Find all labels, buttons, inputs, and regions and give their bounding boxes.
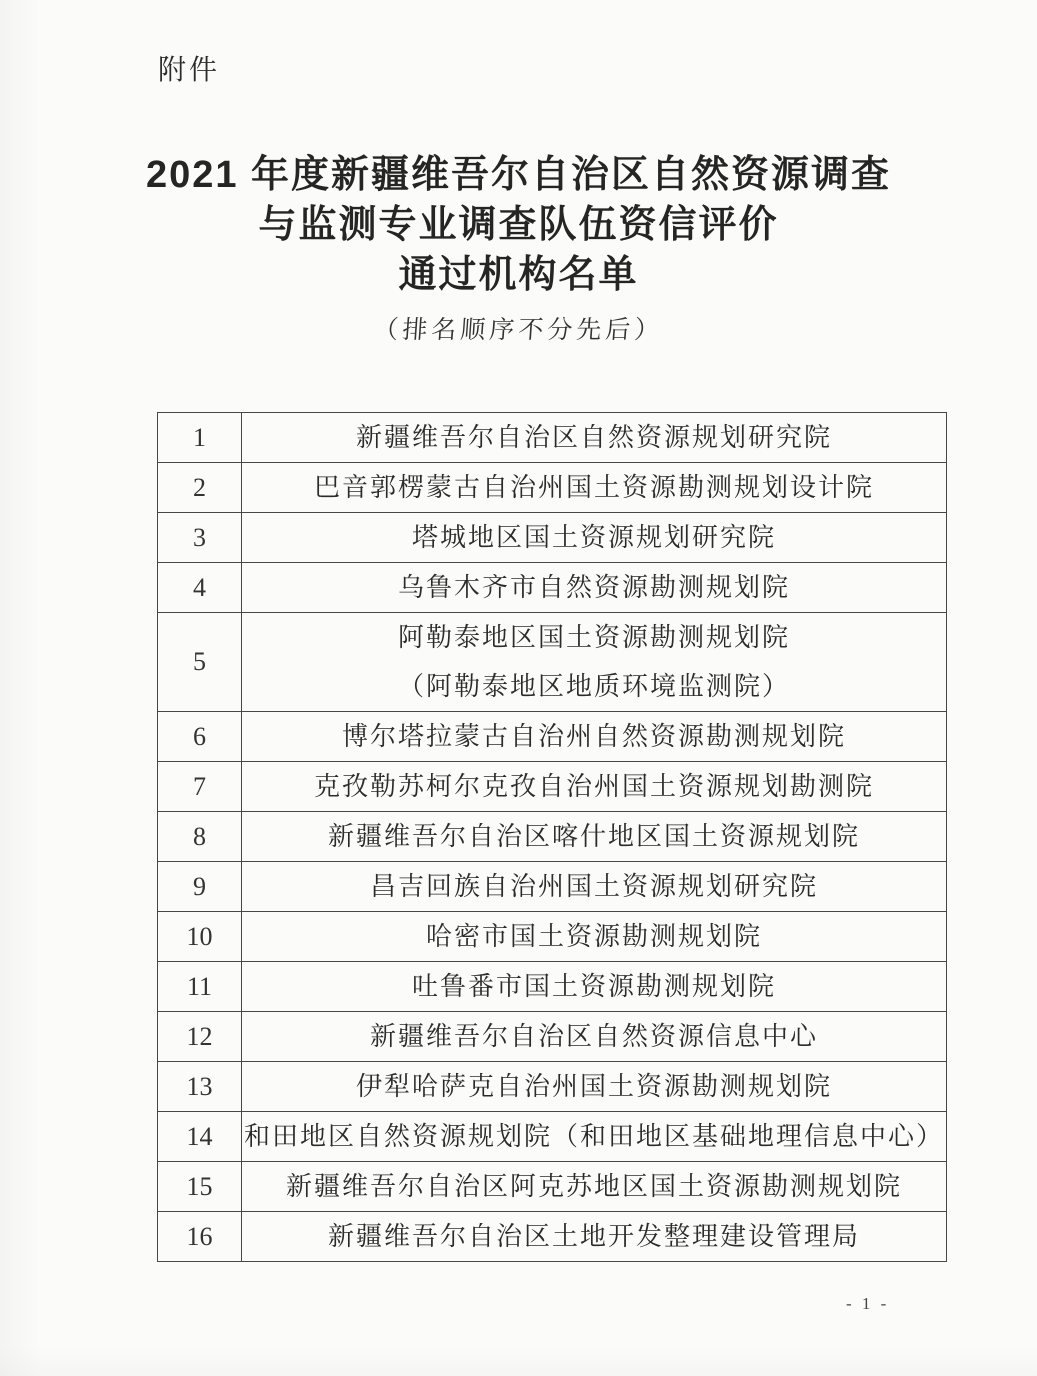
row-number-cell: 14 (158, 1112, 242, 1162)
row-number-cell: 7 (158, 762, 242, 812)
org-name-cell: 哈密市国土资源勘测规划院 (242, 912, 947, 962)
table-row: 9昌吉回族自治州国土资源规划研究院 (158, 862, 947, 912)
org-name-line: 塔城地区国土资源规划研究院 (242, 513, 946, 562)
row-number-cell: 6 (158, 712, 242, 762)
table-row: 12新疆维吾尔自治区自然资源信息中心 (158, 1012, 947, 1062)
organization-table-body: 1新疆维吾尔自治区自然资源规划研究院2巴音郭楞蒙古自治州国土资源勘测规划设计院3… (158, 413, 947, 1262)
org-name-line: 巴音郭楞蒙古自治州国土资源勘测规划设计院 (242, 463, 946, 512)
organization-table: 1新疆维吾尔自治区自然资源规划研究院2巴音郭楞蒙古自治州国土资源勘测规划设计院3… (157, 412, 947, 1262)
org-name-cell: 博尔塔拉蒙古自治州自然资源勘测规划院 (242, 712, 947, 762)
document-page: 附件 2021 年度新疆维吾尔自治区自然资源调查 与监测专业调查队伍资信评价 通… (0, 0, 1037, 1376)
org-name-line: 阿勒泰地区国土资源勘测规划院 (242, 613, 946, 662)
page-number: - 1 - (846, 1294, 889, 1314)
table-row: 16新疆维吾尔自治区土地开发整理建设管理局 (158, 1212, 947, 1262)
title-line-1: 2021 年度新疆维吾尔自治区自然资源调查 (10, 150, 1027, 200)
org-name-cell: 克孜勒苏柯尔克孜自治州国土资源规划勘测院 (242, 762, 947, 812)
org-name-line: 伊犁哈萨克自治州国土资源勘测规划院 (242, 1062, 946, 1111)
row-number-cell: 12 (158, 1012, 242, 1062)
table-row: 7克孜勒苏柯尔克孜自治州国土资源规划勘测院 (158, 762, 947, 812)
table-row: 3塔城地区国土资源规划研究院 (158, 513, 947, 563)
ranking-note: （排名顺序不分先后） (9, 310, 1029, 346)
org-name-cell: 新疆维吾尔自治区自然资源规划研究院 (242, 413, 947, 463)
org-name-cell: 新疆维吾尔自治区喀什地区国土资源规划院 (242, 812, 947, 862)
org-name-line: 哈密市国土资源勘测规划院 (242, 912, 946, 961)
org-name-line: （阿勒泰地区地质环境监测院） (242, 662, 946, 711)
org-name-cell: 昌吉回族自治州国土资源规划研究院 (242, 862, 947, 912)
org-name-cell: 新疆维吾尔自治区土地开发整理建设管理局 (242, 1212, 947, 1262)
org-name-line: 吐鲁番市国土资源勘测规划院 (242, 962, 946, 1011)
table-row: 1新疆维吾尔自治区自然资源规划研究院 (158, 413, 947, 463)
attachment-label: 附件 (158, 48, 220, 88)
table-row: 14和田地区自然资源规划院（和田地区基础地理信息中心） (158, 1112, 947, 1162)
org-name-line: 新疆维吾尔自治区土地开发整理建设管理局 (242, 1212, 946, 1261)
row-number-cell: 13 (158, 1062, 242, 1112)
row-number-cell: 5 (158, 613, 242, 712)
table-row: 5阿勒泰地区国土资源勘测规划院（阿勒泰地区地质环境监测院） (158, 613, 947, 712)
row-number-cell: 9 (158, 862, 242, 912)
table-row: 10哈密市国土资源勘测规划院 (158, 912, 947, 962)
org-name-cell: 新疆维吾尔自治区自然资源信息中心 (242, 1012, 947, 1062)
org-name-cell: 阿勒泰地区国土资源勘测规划院（阿勒泰地区地质环境监测院） (242, 613, 947, 712)
row-number-cell: 1 (158, 413, 242, 463)
org-name-cell: 吐鲁番市国土资源勘测规划院 (242, 962, 947, 1012)
org-name-line: 新疆维吾尔自治区喀什地区国土资源规划院 (242, 812, 946, 861)
row-number-cell: 8 (158, 812, 242, 862)
table-row: 4乌鲁木齐市自然资源勘测规划院 (158, 563, 947, 613)
table-row: 11吐鲁番市国土资源勘测规划院 (158, 962, 947, 1012)
org-name-line: 乌鲁木齐市自然资源勘测规划院 (242, 563, 946, 612)
table-row: 8新疆维吾尔自治区喀什地区国土资源规划院 (158, 812, 947, 862)
document-title: 2021 年度新疆维吾尔自治区自然资源调查 与监测专业调查队伍资信评价 通过机构… (10, 150, 1027, 300)
row-number-cell: 3 (158, 513, 242, 563)
title-line-2: 与监测专业调查队伍资信评价 (10, 200, 1027, 250)
table-row: 2巴音郭楞蒙古自治州国土资源勘测规划设计院 (158, 463, 947, 513)
table-row: 15新疆维吾尔自治区阿克苏地区国土资源勘测规划院 (158, 1162, 947, 1212)
org-name-line: 新疆维吾尔自治区自然资源信息中心 (242, 1012, 946, 1061)
org-name-line: 昌吉回族自治州国土资源规划研究院 (242, 862, 946, 911)
org-name-line: 克孜勒苏柯尔克孜自治州国土资源规划勘测院 (242, 762, 946, 811)
org-name-cell: 乌鲁木齐市自然资源勘测规划院 (242, 563, 947, 613)
org-name-cell: 伊犁哈萨克自治州国土资源勘测规划院 (242, 1062, 947, 1112)
row-number-cell: 11 (158, 962, 242, 1012)
org-name-cell: 巴音郭楞蒙古自治州国土资源勘测规划设计院 (242, 463, 947, 513)
row-number-cell: 2 (158, 463, 242, 513)
org-name-line: 和田地区自然资源规划院（和田地区基础地理信息中心） (242, 1112, 946, 1161)
table-row: 13伊犁哈萨克自治州国土资源勘测规划院 (158, 1062, 947, 1112)
row-number-cell: 15 (158, 1162, 242, 1212)
org-name-line: 博尔塔拉蒙古自治州自然资源勘测规划院 (242, 712, 946, 761)
org-name-cell: 塔城地区国土资源规划研究院 (242, 513, 947, 563)
org-name-line: 新疆维吾尔自治区阿克苏地区国土资源勘测规划院 (242, 1162, 946, 1211)
org-name-line: 新疆维吾尔自治区自然资源规划研究院 (242, 413, 946, 462)
org-name-cell: 和田地区自然资源规划院（和田地区基础地理信息中心） (242, 1112, 947, 1162)
row-number-cell: 16 (158, 1212, 242, 1262)
title-line-3: 通过机构名单 (10, 250, 1027, 300)
org-name-cell: 新疆维吾尔自治区阿克苏地区国土资源勘测规划院 (242, 1162, 947, 1212)
table-row: 6博尔塔拉蒙古自治州自然资源勘测规划院 (158, 712, 947, 762)
row-number-cell: 10 (158, 912, 242, 962)
row-number-cell: 4 (158, 563, 242, 613)
